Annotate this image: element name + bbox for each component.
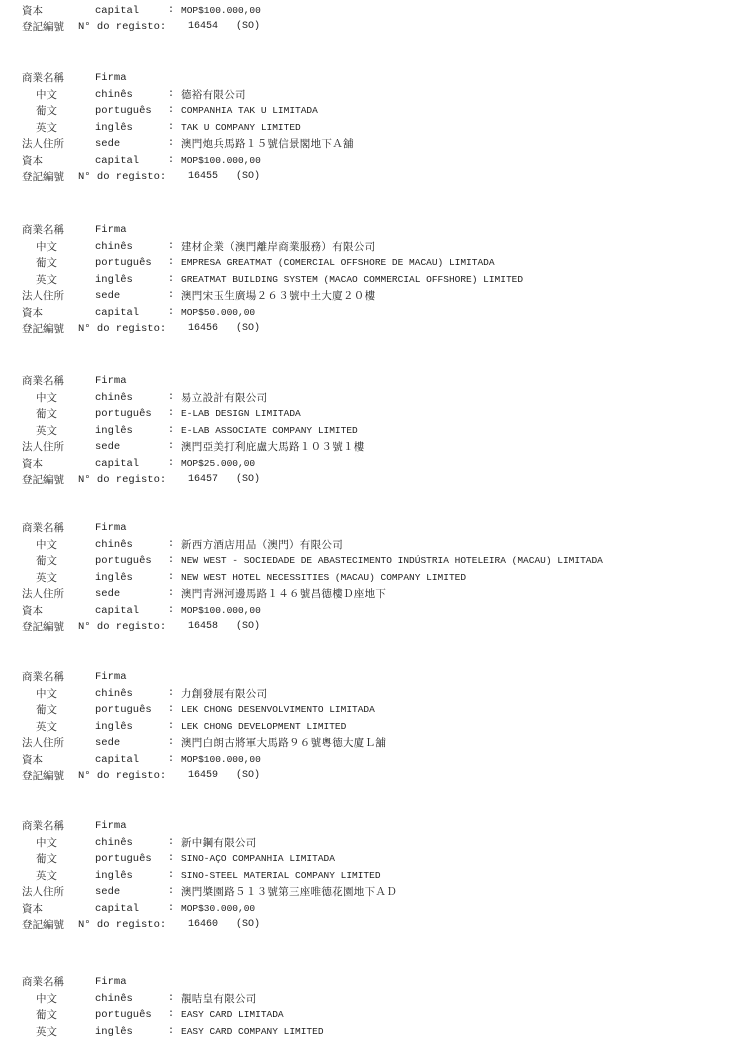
registo-label-pt: N° do registo: — [78, 321, 166, 337]
sede-address: 澳門炮兵馬路１５號信景閣地下Ａ舖 — [181, 136, 354, 152]
capital-value: MOP$100.000,00 — [181, 752, 261, 768]
firma-label-pt: Firma — [95, 70, 127, 86]
chines-label-pt: chinês — [95, 991, 133, 1007]
registo-number: 16454 — [188, 19, 218, 35]
capital-label-pt: capital — [95, 752, 139, 768]
portugues-label-zh: 葡文 — [36, 103, 57, 119]
portugues-label-pt: português — [95, 1007, 152, 1023]
colon: : — [168, 991, 174, 1007]
ingles-label-zh: 英文 — [36, 868, 57, 884]
sede-address: 澳門白朗古將軍大馬路９６號粵德大廈Ｌ舖 — [181, 735, 386, 751]
capital-value: MOP$100.000,00 — [181, 603, 261, 619]
registo-number: 16459 — [188, 768, 218, 784]
capital-label-zh: 資本 — [22, 3, 43, 19]
registo-label-zh: 登記編號 — [22, 321, 64, 337]
registo-label-pt: N° do registo: — [78, 768, 166, 784]
sede-label-pt: sede — [95, 136, 120, 152]
chinese-name: 力創發展有限公司 — [181, 686, 267, 702]
colon: : — [168, 239, 174, 255]
firma-label-pt: Firma — [95, 818, 127, 834]
english-name: EASY CARD COMPANY LIMITED — [181, 1024, 324, 1040]
colon: : — [168, 136, 174, 152]
colon: : — [168, 87, 174, 103]
colon: : — [168, 103, 174, 119]
colon: : — [168, 868, 174, 884]
registo-suffix: (SO) — [236, 169, 260, 185]
registo-number: 16456 — [188, 321, 218, 337]
firma-label-pt: Firma — [95, 520, 127, 536]
english-name: SINO-STEEL MATERIAL COMPANY LIMITED — [181, 868, 381, 884]
ingles-label-pt: inglês — [95, 120, 133, 136]
colon: : — [168, 570, 174, 586]
portugues-label-zh: 葡文 — [36, 851, 57, 867]
colon: : — [168, 735, 174, 751]
ingles-label-pt: inglês — [95, 570, 133, 586]
english-name: TAK U COMPANY LIMITED — [181, 120, 301, 136]
sede-label-zh: 法人住所 — [22, 735, 64, 751]
colon: : — [168, 537, 174, 553]
chines-label-zh: 中文 — [36, 686, 57, 702]
ingles-label-zh: 英文 — [36, 1024, 57, 1040]
capital-label-pt: capital — [95, 3, 139, 19]
firma-label-zh: 商業名稱 — [22, 222, 64, 238]
firma-label-zh: 商業名稱 — [22, 520, 64, 536]
chinese-name: 德裕有限公司 — [181, 87, 246, 103]
colon: : — [168, 686, 174, 702]
registo-label-pt: N° do registo: — [78, 472, 166, 488]
chines-label-zh: 中文 — [36, 991, 57, 1007]
sede-label-zh: 法人住所 — [22, 439, 64, 455]
sede-label-pt: sede — [95, 735, 120, 751]
portugues-label-pt: português — [95, 851, 152, 867]
registo-label-zh: 登記編號 — [22, 768, 64, 784]
ingles-label-pt: inglês — [95, 1024, 133, 1040]
registo-label-pt: N° do registo: — [78, 619, 166, 635]
ingles-label-pt: inglês — [95, 868, 133, 884]
colon: : — [168, 120, 174, 136]
colon: : — [168, 272, 174, 288]
sede-address: 澳門亞美打利庇盧大馬路１０３號１樓 — [181, 439, 365, 455]
capital-value: MOP$30.000,00 — [181, 901, 255, 917]
colon: : — [168, 439, 174, 455]
portuguese-name: SINO-AÇO COMPANHIA LIMITADA — [181, 851, 335, 867]
registo-suffix: (SO) — [236, 472, 260, 488]
portugues-label-zh: 葡文 — [36, 702, 57, 718]
registo-suffix: (SO) — [236, 321, 260, 337]
portugues-label-pt: português — [95, 103, 152, 119]
registo-number: 16460 — [188, 917, 218, 933]
english-name: NEW WEST HOTEL NECESSITIES (MACAU) COMPA… — [181, 570, 466, 586]
sede-label-zh: 法人住所 — [22, 288, 64, 304]
colon: : — [168, 603, 174, 619]
colon: : — [168, 423, 174, 439]
portugues-label-zh: 葡文 — [36, 1007, 57, 1023]
ingles-label-zh: 英文 — [36, 423, 57, 439]
portuguese-name: EASY CARD LIMITADA — [181, 1007, 284, 1023]
registo-label-zh: 登記編號 — [22, 19, 64, 35]
capital-value: MOP$100.000,00 — [181, 3, 261, 19]
colon: : — [168, 719, 174, 735]
portugues-label-pt: português — [95, 406, 152, 422]
firma-label-pt: Firma — [95, 974, 127, 990]
registo-number: 16458 — [188, 619, 218, 635]
ingles-label-pt: inglês — [95, 719, 133, 735]
firma-label-pt: Firma — [95, 373, 127, 389]
colon: : — [168, 3, 174, 19]
chinese-name: 靚咭皇有限公司 — [181, 991, 257, 1007]
registo-label-pt: N° do registo: — [78, 169, 166, 185]
firma-label-zh: 商業名稱 — [22, 818, 64, 834]
colon: : — [168, 884, 174, 900]
colon: : — [168, 288, 174, 304]
colon: : — [168, 851, 174, 867]
capital-value: MOP$50.000,00 — [181, 305, 255, 321]
portuguese-name: COMPANHIA TAK U LIMITADA — [181, 103, 318, 119]
firma-label-zh: 商業名稱 — [22, 373, 64, 389]
capital-label-zh: 資本 — [22, 752, 43, 768]
colon: : — [168, 1024, 174, 1040]
chinese-name: 建材企業（澳門離岸商業服務）有限公司 — [181, 239, 375, 255]
registo-label-zh: 登記編號 — [22, 472, 64, 488]
registo-suffix: (SO) — [236, 619, 260, 635]
registo-label-pt: N° do registo: — [78, 917, 166, 933]
capital-label-zh: 資本 — [22, 456, 43, 472]
capital-label-zh: 資本 — [22, 153, 43, 169]
chines-label-pt: chinês — [95, 239, 133, 255]
sede-label-pt: sede — [95, 884, 120, 900]
firma-label-zh: 商業名稱 — [22, 70, 64, 86]
colon: : — [168, 390, 174, 406]
sede-address: 澳門槳園路５１３號第三座唯德花園地下ＡＤ — [181, 884, 397, 900]
chines-label-zh: 中文 — [36, 87, 57, 103]
colon: : — [168, 702, 174, 718]
colon: : — [168, 553, 174, 569]
ingles-label-zh: 英文 — [36, 120, 57, 136]
portugues-label-pt: português — [95, 553, 152, 569]
chines-label-zh: 中文 — [36, 835, 57, 851]
chinese-name: 易立設計有限公司 — [181, 390, 267, 406]
chinese-name: 新中鋼有限公司 — [181, 835, 257, 851]
colon: : — [168, 835, 174, 851]
firma-label-pt: Firma — [95, 222, 127, 238]
registo-suffix: (SO) — [236, 917, 260, 933]
capital-label-zh: 資本 — [22, 901, 43, 917]
chines-label-zh: 中文 — [36, 537, 57, 553]
ingles-label-zh: 英文 — [36, 272, 57, 288]
colon: : — [168, 255, 174, 271]
sede-label-zh: 法人住所 — [22, 136, 64, 152]
colon: : — [168, 586, 174, 602]
capital-label-pt: capital — [95, 603, 139, 619]
chinese-name: 新西方酒店用品（澳門）有限公司 — [181, 537, 343, 553]
sede-label-pt: sede — [95, 439, 120, 455]
chines-label-pt: chinês — [95, 686, 133, 702]
ingles-label-zh: 英文 — [36, 719, 57, 735]
chines-label-pt: chinês — [95, 835, 133, 851]
capital-label-zh: 資本 — [22, 603, 43, 619]
colon: : — [168, 752, 174, 768]
english-name: LEK CHONG DEVELOPMENT LIMITED — [181, 719, 346, 735]
registo-suffix: (SO) — [236, 19, 260, 35]
portugues-label-zh: 葡文 — [36, 406, 57, 422]
firma-label-pt: Firma — [95, 669, 127, 685]
chines-label-pt: chinês — [95, 537, 133, 553]
capital-label-pt: capital — [95, 456, 139, 472]
portuguese-name: EMPRESA GREATMAT (COMERCIAL OFFSHORE DE … — [181, 255, 495, 271]
portuguese-name: LEK CHONG DESENVOLVIMENTO LIMITADA — [181, 702, 375, 718]
capital-label-zh: 資本 — [22, 305, 43, 321]
chines-label-zh: 中文 — [36, 239, 57, 255]
capital-value: MOP$100.000,00 — [181, 153, 261, 169]
sede-label-zh: 法人住所 — [22, 586, 64, 602]
colon: : — [168, 1007, 174, 1023]
sede-label-zh: 法人住所 — [22, 884, 64, 900]
chines-label-pt: chinês — [95, 87, 133, 103]
registo-label-zh: 登記編號 — [22, 619, 64, 635]
colon: : — [168, 406, 174, 422]
firma-label-zh: 商業名稱 — [22, 669, 64, 685]
portugues-label-zh: 葡文 — [36, 553, 57, 569]
colon: : — [168, 153, 174, 169]
registo-label-zh: 登記編號 — [22, 169, 64, 185]
english-name: E-LAB ASSOCIATE COMPANY LIMITED — [181, 423, 358, 439]
sede-label-pt: sede — [95, 288, 120, 304]
colon: : — [168, 901, 174, 917]
colon: : — [168, 305, 174, 321]
registo-number: 16457 — [188, 472, 218, 488]
colon: : — [168, 456, 174, 472]
portuguese-name: NEW WEST - SOCIEDADE DE ABASTECIMENTO IN… — [181, 553, 603, 569]
registo-number: 16455 — [188, 169, 218, 185]
portuguese-name: E-LAB DESIGN LIMITADA — [181, 406, 301, 422]
portugues-label-zh: 葡文 — [36, 255, 57, 271]
chines-label-zh: 中文 — [36, 390, 57, 406]
capital-value: MOP$25.000,00 — [181, 456, 255, 472]
sede-address: 澳門青洲河邊馬路１４６號昌德樓Ｄ座地下 — [181, 586, 386, 602]
capital-label-pt: capital — [95, 305, 139, 321]
registo-suffix: (SO) — [236, 768, 260, 784]
registo-label-pt: N° do registo: — [78, 19, 166, 35]
portugues-label-pt: português — [95, 702, 152, 718]
sede-label-pt: sede — [95, 586, 120, 602]
chines-label-pt: chinês — [95, 390, 133, 406]
ingles-label-pt: inglês — [95, 272, 133, 288]
ingles-label-zh: 英文 — [36, 570, 57, 586]
english-name: GREATMAT BUILDING SYSTEM (MACAO COMMERCI… — [181, 272, 523, 288]
registo-label-zh: 登記編號 — [22, 917, 64, 933]
capital-label-pt: capital — [95, 153, 139, 169]
ingles-label-pt: inglês — [95, 423, 133, 439]
portugues-label-pt: português — [95, 255, 152, 271]
sede-address: 澳門宋玉生廣場２６３號中土大廈２０樓 — [181, 288, 375, 304]
capital-label-pt: capital — [95, 901, 139, 917]
firma-label-zh: 商業名稱 — [22, 974, 64, 990]
